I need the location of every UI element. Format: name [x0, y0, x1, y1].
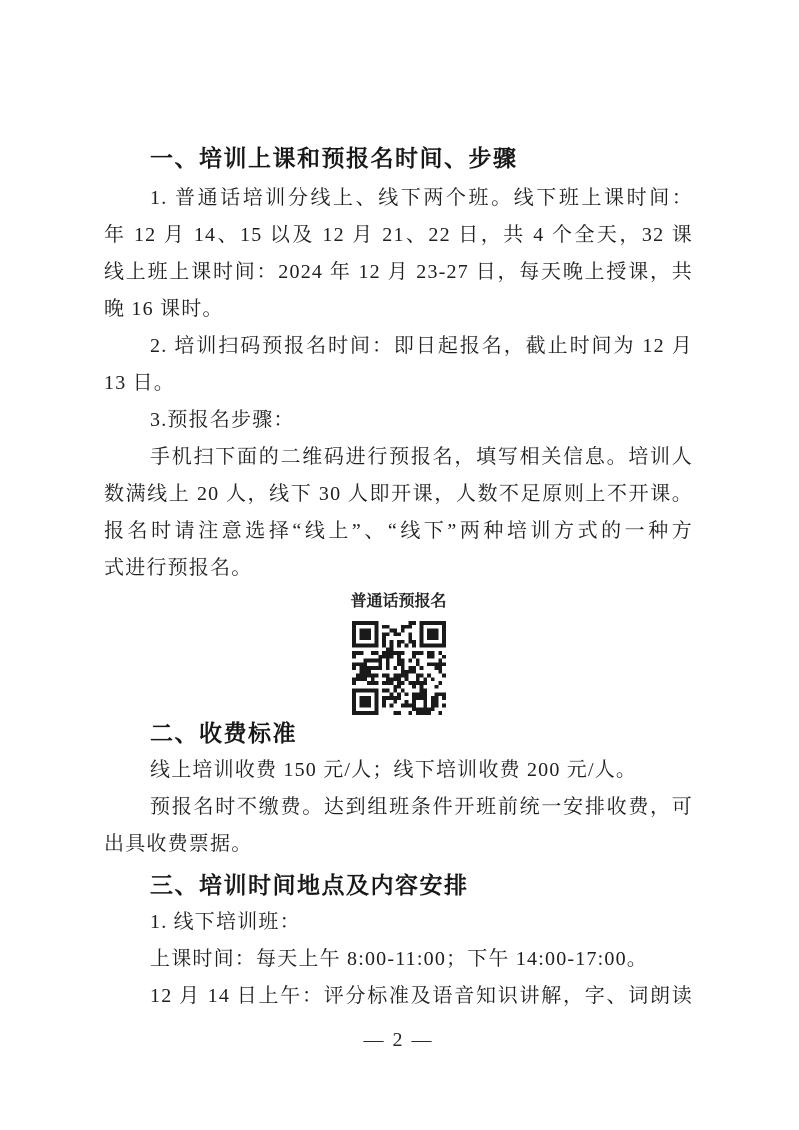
text-line: 晚 16 课时。: [104, 291, 693, 328]
section-2-heading: 二、收费标准: [104, 715, 693, 752]
section-1-heading: 一、培训上课和预报名时间、步骤: [104, 140, 693, 177]
text-line: 3.预报名步骤：: [104, 402, 693, 439]
page-number: — 2 —: [104, 1025, 693, 1055]
document-body: 一、培训上课和预报名时间、步骤 1. 普通话培训分线上、线下两个班。线下班上课时…: [104, 140, 693, 1055]
text-line: 1. 普通话培训分线上、线下两个班。线下班上课时间：2024: [104, 180, 693, 217]
text-line: 上课时间：每天上午 8:00-11:00；下午 14:00-17:00。: [104, 941, 693, 978]
text-line: 数满线上 20 人，线下 30 人即开课，人数不足原则上不开课。: [104, 476, 693, 513]
document-page: 一、培训上课和预报名时间、步骤 1. 普通话培训分线上、线下两个班。线下班上课时…: [0, 0, 799, 1130]
text-line: 出具收费票据。: [104, 826, 693, 863]
text-line: 13 日。: [104, 365, 693, 402]
text-line: 报名时请注意选择“线上”、“线下”两种培训方式的一种方: [104, 513, 693, 550]
text-line: 年 12 月 14、15 以及 12 月 21、22 日，共 4 个全天，32 …: [104, 217, 693, 254]
text-line: 2. 培训扫码预报名时间：即日起报名，截止时间为 12 月: [104, 328, 693, 365]
qr-code: [352, 621, 446, 715]
text-line: 式进行预报名。: [104, 550, 693, 587]
qr-caption: 普通话预报名: [104, 589, 693, 615]
text-line: 1. 线下培训班：: [104, 904, 693, 941]
section-3-heading: 三、培训时间地点及内容安排: [104, 867, 693, 904]
text-line: 线上培训收费 150 元/人；线下培训收费 200 元/人。: [104, 752, 693, 789]
text-line: 线上班上课时间：2024 年 12 月 23-27 日，每天晚上授课，共五: [104, 254, 693, 291]
text-line: 手机扫下面的二维码进行预报名，填写相关信息。培训人: [104, 439, 693, 476]
text-line: 预报名时不缴费。达到组班条件开班前统一安排收费，可: [104, 789, 693, 826]
text-line: 12 月 14 日上午：评分标准及语音知识讲解，字、词朗读训练: [104, 978, 693, 1015]
